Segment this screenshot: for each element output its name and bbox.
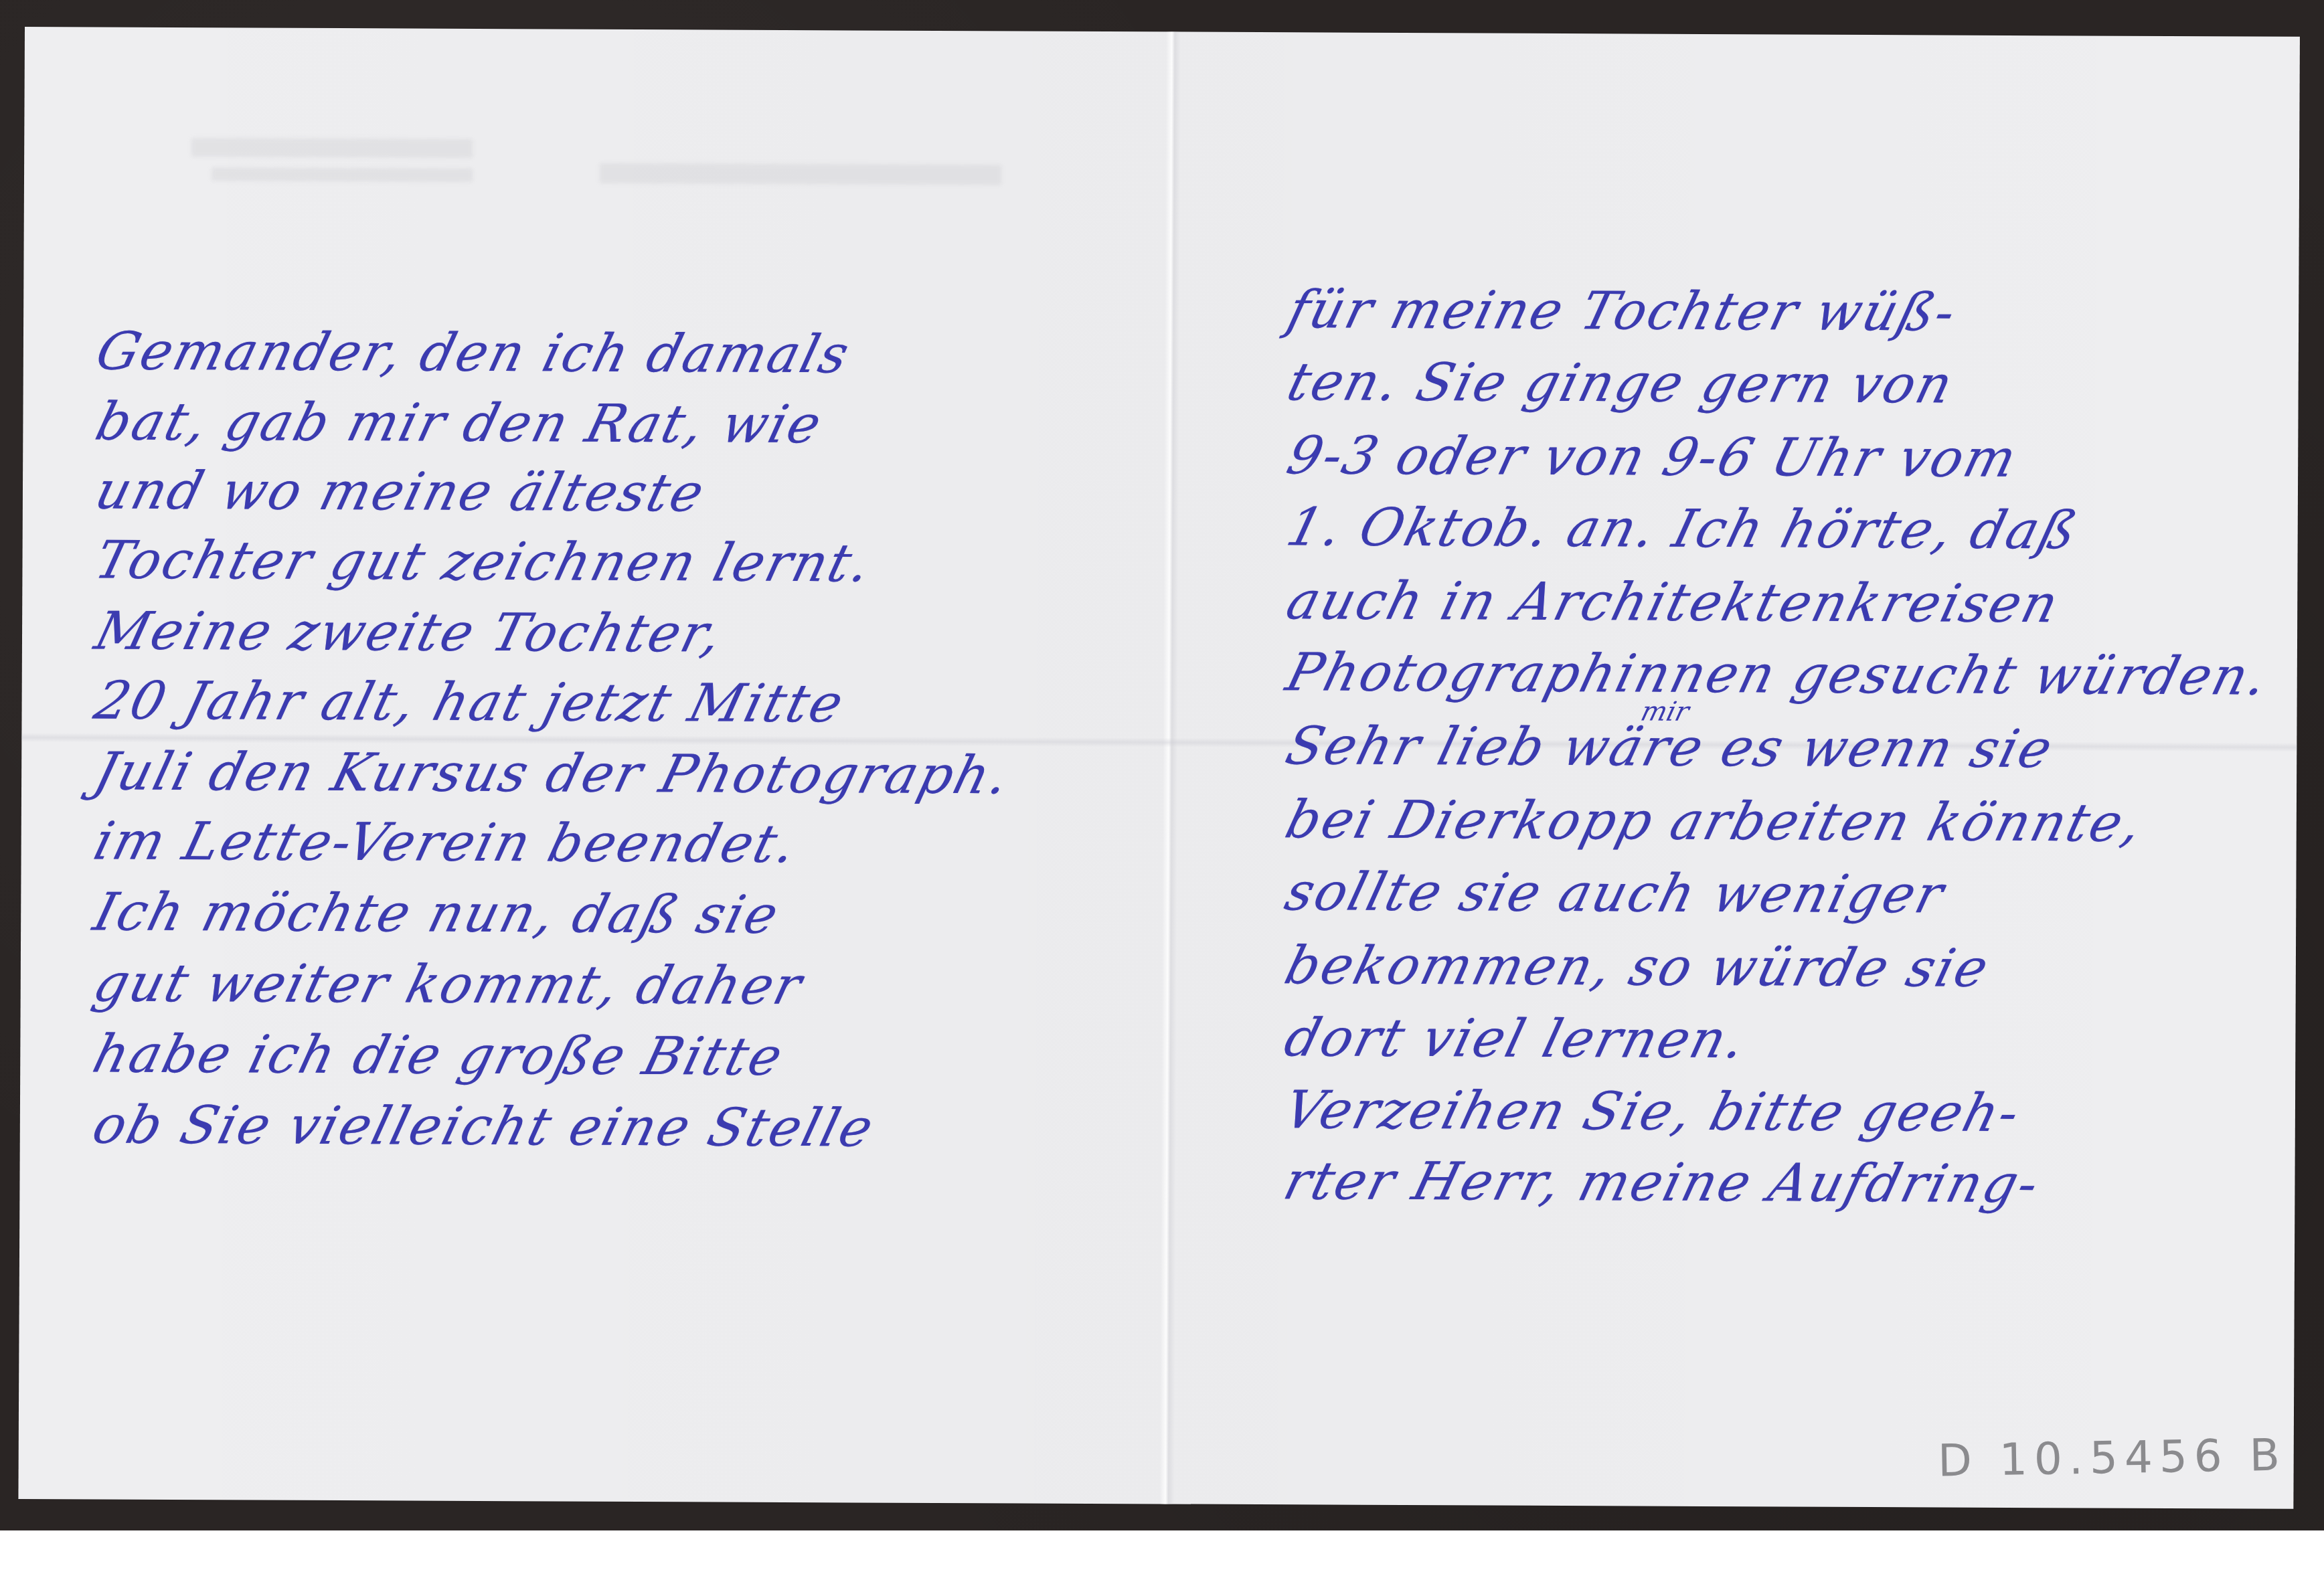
handwritten-line: dort viel lernen. [1278,1008,1753,1070]
handwritten-line: Gemander, den ich damals [90,322,857,385]
handwritten-line: ten. Sie ginge gern von [1282,352,1961,415]
handwritten-line: ob Sie vielleicht eine Stelle [87,1095,881,1159]
handwritten-line: gut weiter kommt, daher [88,954,810,1017]
handwritten-line: im Lette-Verein beendet. [88,812,803,875]
left-page: Gemander, den ich damals bat, gab mir de… [85,27,1163,1504]
handwritten-line: für meine Tochter wüß- [1282,280,1963,343]
letter-sheet: Gemander, den ich damals bat, gab mir de… [18,27,2300,1509]
handwritten-line: auch in Architektenkreisen [1280,571,2066,634]
handwritten-line: Ich möchte nun, daß sie [88,883,786,946]
handwritten-line: bei Dierkopp arbeiten könnte, [1280,790,2150,853]
handwritten-line: Verzeihen Sie, bitte geeh- [1278,1080,2027,1144]
handwritten-line: bekommen, so würde sie [1279,936,1996,998]
handwritten-line: sollte sie auch weniger [1279,862,1951,925]
handwritten-line: Sehr lieb wäre es wenn sie [1280,716,2060,780]
handwritten-line: 20 Jahr alt, hat jetzt Mitte [88,671,851,735]
handwritten-line: habe ich die große Bitte [87,1025,790,1087]
archive-number: D 10.5456 B [1937,1429,2287,1486]
handwritten-line: Juli den Kursus der Photograph. [88,742,1017,806]
handwritten-line: 9-3 oder von 9-6 Uhr vom [1281,426,2024,489]
handwritten-line: Tochter gut zeichnen lernt. [89,531,878,594]
handwritten-line: 1. Oktob. an. Ich hörte, daß [1281,497,2085,561]
handwritten-line: rter Herr, meine Aufdring- [1278,1151,2046,1215]
handwritten-line: Meine zweite Tochter, [89,602,730,665]
handwritten-line: und wo meine älteste [90,461,712,524]
handwritten-line: Photographinnen gesucht würden. [1280,642,2275,707]
handwritten-line: bat, gab mir den Rat, wie [90,392,829,456]
center-fold [1159,31,1181,1504]
right-page: für meine Tochter wüß- ten. Sie ginge ge… [1276,32,2287,1509]
